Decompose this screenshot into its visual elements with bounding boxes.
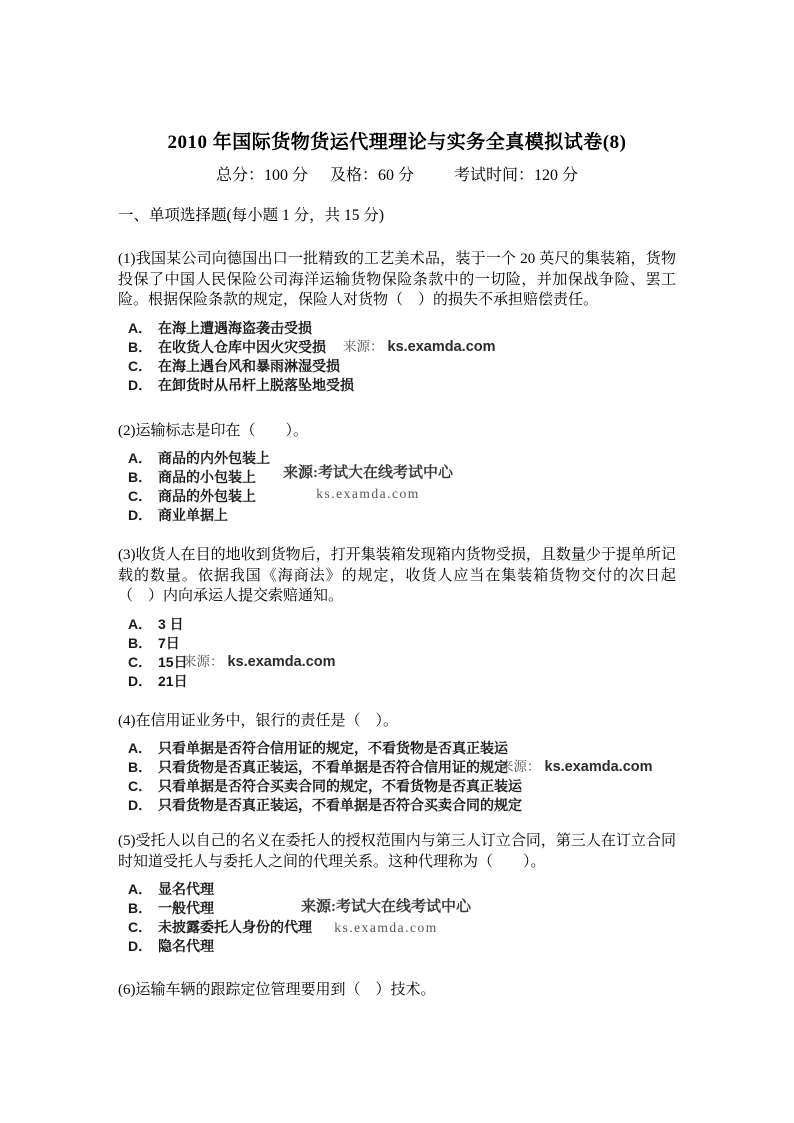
option-c: C． 只看单据是否符合买卖合同的规定，不看货物是否真正装运: [118, 777, 676, 796]
option-letter: D．: [128, 796, 158, 815]
option-letter: D．: [128, 672, 158, 691]
option-letter: A．: [128, 319, 158, 338]
question-number: (6): [118, 982, 136, 998]
question-1: (1)我国某公司向德国出口一批精致的工艺美术品，装于一个 20 英尺的集装箱，货…: [118, 249, 676, 395]
option-d: D． 在卸货时从吊杆上脱落坠地受损: [118, 376, 676, 395]
question-2-options: A． 商品的内外包装上 B． 商品的小包装上 C． 商品的外包装上 D． 商业单…: [118, 449, 676, 525]
question-text: 运输标志是印在（ ）。: [136, 423, 309, 439]
question-number: (3): [118, 547, 136, 563]
option-a: A． 只看单据是否符合信用证的规定，不看货物是否真正装运: [118, 739, 676, 758]
question-3-options: A． 3 日 B． 7日 C． 15日 D． 21日 来源：ks.examda.…: [118, 615, 676, 691]
option-text: 3 日: [158, 615, 184, 634]
option-text: 商品的小包装上: [158, 468, 256, 487]
source-url: ks.examda.com: [253, 486, 483, 502]
source-label: 来源:考试大在线考试中心 ks.examda.com: [276, 897, 496, 936]
option-letter: B．: [128, 634, 158, 653]
question-4-stem: (4)在信用证业务中，银行的责任是（ ）。: [118, 711, 676, 732]
option-text: 只看单据是否符合买卖合同的规定，不看货物是否真正装运: [158, 777, 522, 796]
source-url: ks.examda.com: [228, 654, 336, 670]
option-letter: C．: [128, 777, 158, 796]
question-text: 在信用证业务中，银行的责任是（ ）。: [136, 713, 399, 729]
question-2-stem: (2)运输标志是印在（ ）。: [118, 421, 676, 442]
question-number: (2): [118, 423, 136, 439]
option-text: 在海上遇台风和暴雨淋湿受损: [158, 357, 340, 376]
option-letter: B．: [128, 468, 158, 487]
source-label: 来源：ks.examda.com: [183, 653, 336, 671]
source-prefix: 来源：: [343, 339, 384, 354]
pass-score: 及格：60 分: [330, 165, 414, 187]
source-label: 来源:考试大在线考试中心 ks.examda.com: [253, 463, 483, 502]
option-letter: A．: [128, 449, 158, 468]
option-letter: A．: [128, 615, 158, 634]
question-5-stem: (5)受托人以自己的名义在委托人的授权范围内与第三人订立合同，第三人在订立合同时…: [118, 831, 676, 872]
option-text: 在海上遭遇海盗袭击受损: [158, 319, 312, 338]
question-1-stem: (1)我国某公司向德国出口一批精致的工艺美术品，装于一个 20 英尺的集装箱，货…: [118, 249, 676, 311]
option-d: D． 21日: [118, 672, 676, 691]
exam-time: 考试时间：120 分: [454, 165, 578, 187]
option-d: D． 商业单据上: [118, 506, 676, 525]
question-text: 我国某公司向德国出口一批精致的工艺美术品，装于一个 20 英尺的集装箱，货物投保…: [118, 251, 676, 308]
option-text: 一般代理: [158, 899, 214, 918]
page-title: 2010 年国际货物货运代理理论与实务全真模拟试卷(8): [118, 130, 676, 156]
section-heading: 一、单项选择题(每小题 1 分，共 15 分): [118, 205, 676, 227]
question-3-stem: (3)收货人在目的地收到货物后，打开集装箱发现箱内货物受损，且数量少于提单所记载…: [118, 545, 676, 607]
question-1-options: A． 在海上遭遇海盗袭击受损 B． 在收货人仓库中因火灾受损 C． 在海上遇台风…: [118, 319, 676, 395]
option-text: 在卸货时从吊杆上脱落坠地受损: [158, 376, 354, 395]
option-a: A． 在海上遭遇海盗袭击受损: [118, 319, 676, 338]
option-letter: D．: [128, 506, 158, 525]
option-letter: D．: [128, 937, 158, 956]
option-text: 只看单据是否符合信用证的规定，不看货物是否真正装运: [158, 739, 508, 758]
option-letter: C．: [128, 357, 158, 376]
option-letter: C．: [128, 918, 158, 937]
option-c: C． 在海上遇台风和暴雨淋湿受损: [118, 357, 676, 376]
option-letter: A．: [128, 739, 158, 758]
option-text: 在收货人仓库中因火灾受损: [158, 338, 326, 357]
option-d: D． 隐名代理: [118, 937, 676, 956]
option-text: 21日: [158, 672, 188, 691]
exam-document-page: 2010 年国际货物货运代理理论与实务全真模拟试卷(8) 总分：100 分 及格…: [0, 0, 794, 1123]
option-letter: D．: [128, 376, 158, 395]
option-text: 只看货物是否真正装运，不看单据是否符合买卖合同的规定: [158, 796, 522, 815]
option-text: 显名代理: [158, 880, 214, 899]
question-text: 收货人在目的地收到货物后，打开集装箱发现箱内货物受损，且数量少于提单所记载的数量…: [118, 547, 676, 604]
option-a: A． 3 日: [118, 615, 676, 634]
exam-meta: 总分：100 分 及格：60 分 考试时间：120 分: [118, 165, 676, 187]
question-6-stem: (6)运输车辆的跟踪定位管理要用到（ ）技术。: [118, 980, 676, 1001]
option-text: 只看货物是否真正装运，不看单据是否符合信用证的规定: [158, 758, 508, 777]
option-d: D． 只看货物是否真正装运，不看单据是否符合买卖合同的规定: [118, 796, 676, 815]
option-letter: B．: [128, 899, 158, 918]
question-5: (5)受托人以自己的名义在委托人的授权范围内与第三人订立合同，第三人在订立合同时…: [118, 831, 676, 956]
source-label: 来源：ks.examda.com: [500, 758, 653, 776]
source-prefix: 来源：: [500, 759, 541, 774]
source-url: ks.examda.com: [276, 920, 496, 936]
option-text: 商业单据上: [158, 506, 228, 525]
option-text: 7日: [158, 634, 180, 653]
source-url: ks.examda.com: [545, 759, 653, 775]
question-4: (4)在信用证业务中，银行的责任是（ ）。 A． 只看单据是否符合信用证的规定，…: [118, 711, 676, 816]
option-letter: B．: [128, 338, 158, 357]
question-text: 运输车辆的跟踪定位管理要用到（ ）技术。: [136, 982, 436, 998]
question-number: (4): [118, 713, 136, 729]
question-number: (5): [118, 833, 136, 849]
question-6: (6)运输车辆的跟踪定位管理要用到（ ）技术。: [118, 980, 676, 1001]
question-2: (2)运输标志是印在（ ）。 A． 商品的内外包装上 B． 商品的小包装上 C．…: [118, 421, 676, 526]
option-letter: C．: [128, 653, 158, 672]
source-site-name: 来源:考试大在线考试中心: [253, 463, 483, 483]
option-text: 隐名代理: [158, 937, 214, 956]
question-number: (1): [118, 251, 136, 267]
question-text: 受托人以自己的名义在委托人的授权范围内与第三人订立合同，第三人在订立合同时知道受…: [118, 833, 676, 870]
source-url: ks.examda.com: [388, 339, 496, 355]
source-site-name: 来源:考试大在线考试中心: [276, 897, 496, 917]
question-5-options: A． 显名代理 B． 一般代理 C． 未披露委托人身份的代理 D． 隐名代理 来…: [118, 880, 676, 956]
total-score: 总分：100 分: [216, 165, 308, 187]
option-text: 商品的外包装上: [158, 487, 256, 506]
question-4-options: A． 只看单据是否符合信用证的规定，不看货物是否真正装运 B． 只看货物是否真正…: [118, 739, 676, 815]
option-letter: C．: [128, 487, 158, 506]
source-label: 来源：ks.examda.com: [343, 338, 496, 356]
option-letter: B．: [128, 758, 158, 777]
source-prefix: 来源：: [183, 654, 224, 669]
option-letter: A．: [128, 880, 158, 899]
option-b: B． 7日: [118, 634, 676, 653]
question-3: (3)收货人在目的地收到货物后，打开集装箱发现箱内货物受损，且数量少于提单所记载…: [118, 545, 676, 691]
